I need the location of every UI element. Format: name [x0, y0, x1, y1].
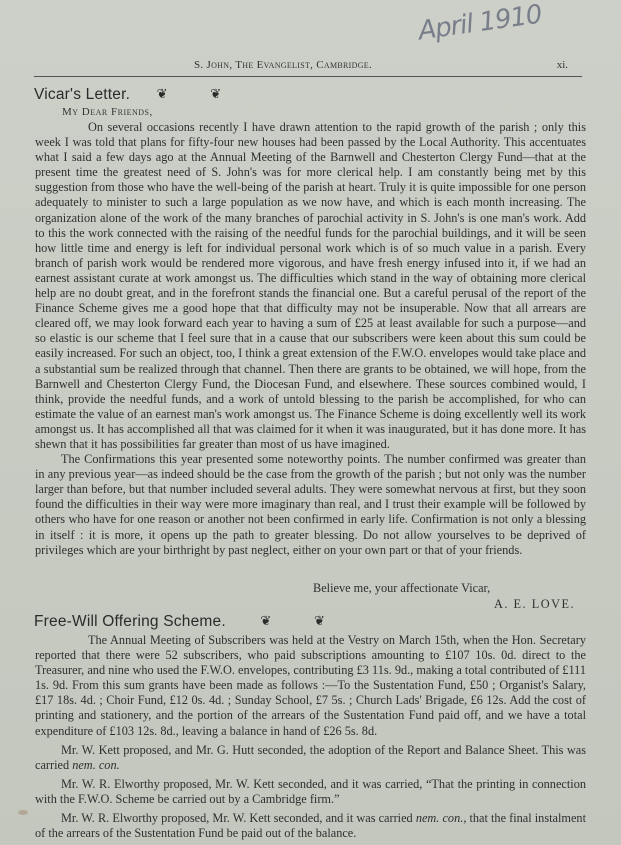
- floral-ornament-icon: ❦: [314, 614, 325, 629]
- page-number: xi.: [557, 59, 568, 71]
- resolution-paragraph: Mr. W. R. Elworthy proposed, Mr. W. Kett…: [35, 811, 586, 841]
- fwo-scheme-heading: Free-Will Offering Scheme. ❦ ❦: [34, 613, 325, 631]
- handwritten-date-annotation: April 1910: [417, 0, 544, 46]
- floral-ornament-icon: ❦: [260, 614, 271, 629]
- paper-stain: [18, 810, 28, 815]
- magazine-page: S. John, The Evangelist, Cambridge. xi. …: [0, 0, 621, 845]
- salutation: My Dear Friends,: [62, 106, 153, 118]
- latin-phrase: nem. con.: [416, 811, 464, 825]
- vicars-letter-heading: Vicar's Letter. ❦ ❦: [34, 86, 221, 104]
- floral-ornament-icon: ❦: [210, 87, 221, 102]
- fwo-scheme-title: Free-Will Offering Scheme.: [34, 613, 226, 630]
- letter-paragraph: The Confirmations this year presented so…: [35, 452, 586, 558]
- running-header: S. John, The Evangelist, Cambridge. xi.: [34, 58, 582, 77]
- resolution-paragraph: Mr. W. Kett proposed, and Mr. G. Hutt se…: [35, 743, 586, 773]
- resolution-paragraph: Mr. W. R. Elworthy proposed, Mr. W. Kett…: [35, 777, 586, 807]
- latin-phrase: nem. con.: [72, 758, 119, 772]
- fwo-scheme-body: The Annual Meeting of Subscribers was he…: [35, 633, 586, 841]
- letter-signature: A. E. LOVE.: [494, 597, 575, 612]
- floral-ornament-icon: ❦: [157, 87, 168, 102]
- vicars-letter-title: Vicar's Letter.: [34, 86, 130, 103]
- vicars-letter-body: On several occasions recently I have dra…: [35, 120, 586, 558]
- resolution-text: Mr. W. R. Elworthy proposed, Mr. W. Kett…: [61, 811, 416, 825]
- letter-paragraph: On several occasions recently I have dra…: [35, 120, 586, 452]
- letter-signoff: Believe me, your affectionate Vicar,: [313, 581, 490, 596]
- running-title: S. John, The Evangelist, Cambridge.: [194, 59, 372, 71]
- fwo-report-paragraph: The Annual Meeting of Subscribers was he…: [35, 633, 586, 739]
